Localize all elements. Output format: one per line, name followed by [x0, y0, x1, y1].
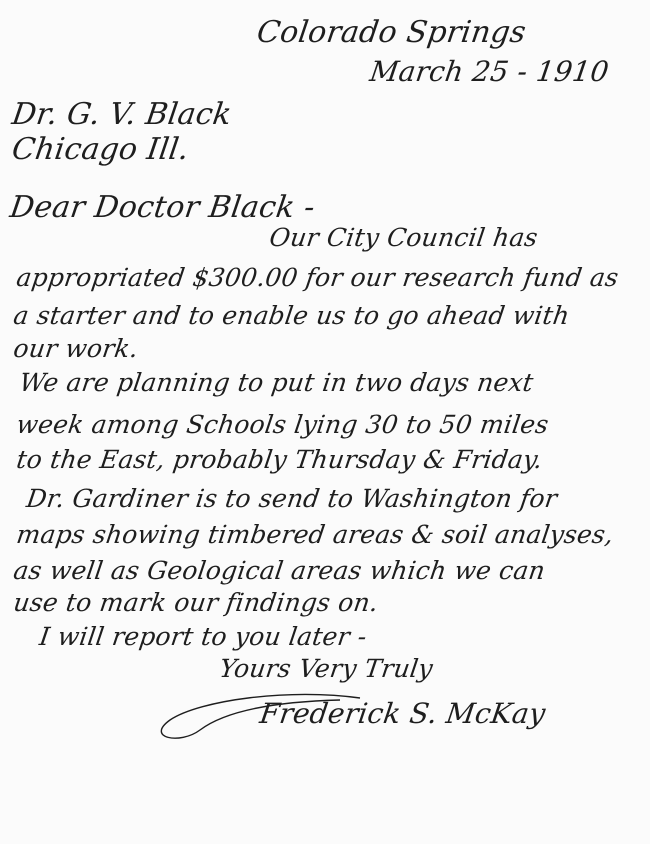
letter-page: Colorado Springs March 25 - 1910 Dr. G. … — [0, 0, 650, 844]
body-line: We are planning to put in two days next — [18, 370, 535, 395]
body-line: a starter and to enable us to go ahead w… — [12, 303, 571, 328]
heading-place: Colorado Springs — [255, 18, 528, 48]
closing: Yours Very Truly — [218, 656, 434, 681]
body-line: I will report to you later - — [38, 624, 368, 649]
body-line: week among Schools lying 30 to 50 miles — [15, 412, 550, 437]
body-line: appropriated $300.00 for our research fu… — [15, 265, 620, 290]
recipient-name: Dr. G. V. Black — [10, 100, 233, 130]
recipient-city: Chicago Ill. — [10, 135, 191, 165]
body-line: use to mark our findings on. — [12, 590, 380, 615]
salutation: Dear Doctor Black - — [8, 193, 317, 223]
body-line: Our City Council has — [268, 225, 539, 250]
body-line: our work. — [12, 336, 140, 361]
body-line: maps showing timbered areas & soil analy… — [15, 522, 615, 547]
body-line: as well as Geological areas which we can — [12, 558, 547, 583]
body-line: to the East, probably Thursday & Friday. — [15, 447, 544, 472]
heading-date: March 25 - 1910 — [368, 58, 610, 86]
signature: Frederick S. McKay — [258, 700, 547, 728]
body-line: Dr. Gardiner is to send to Washington fo… — [25, 486, 559, 511]
